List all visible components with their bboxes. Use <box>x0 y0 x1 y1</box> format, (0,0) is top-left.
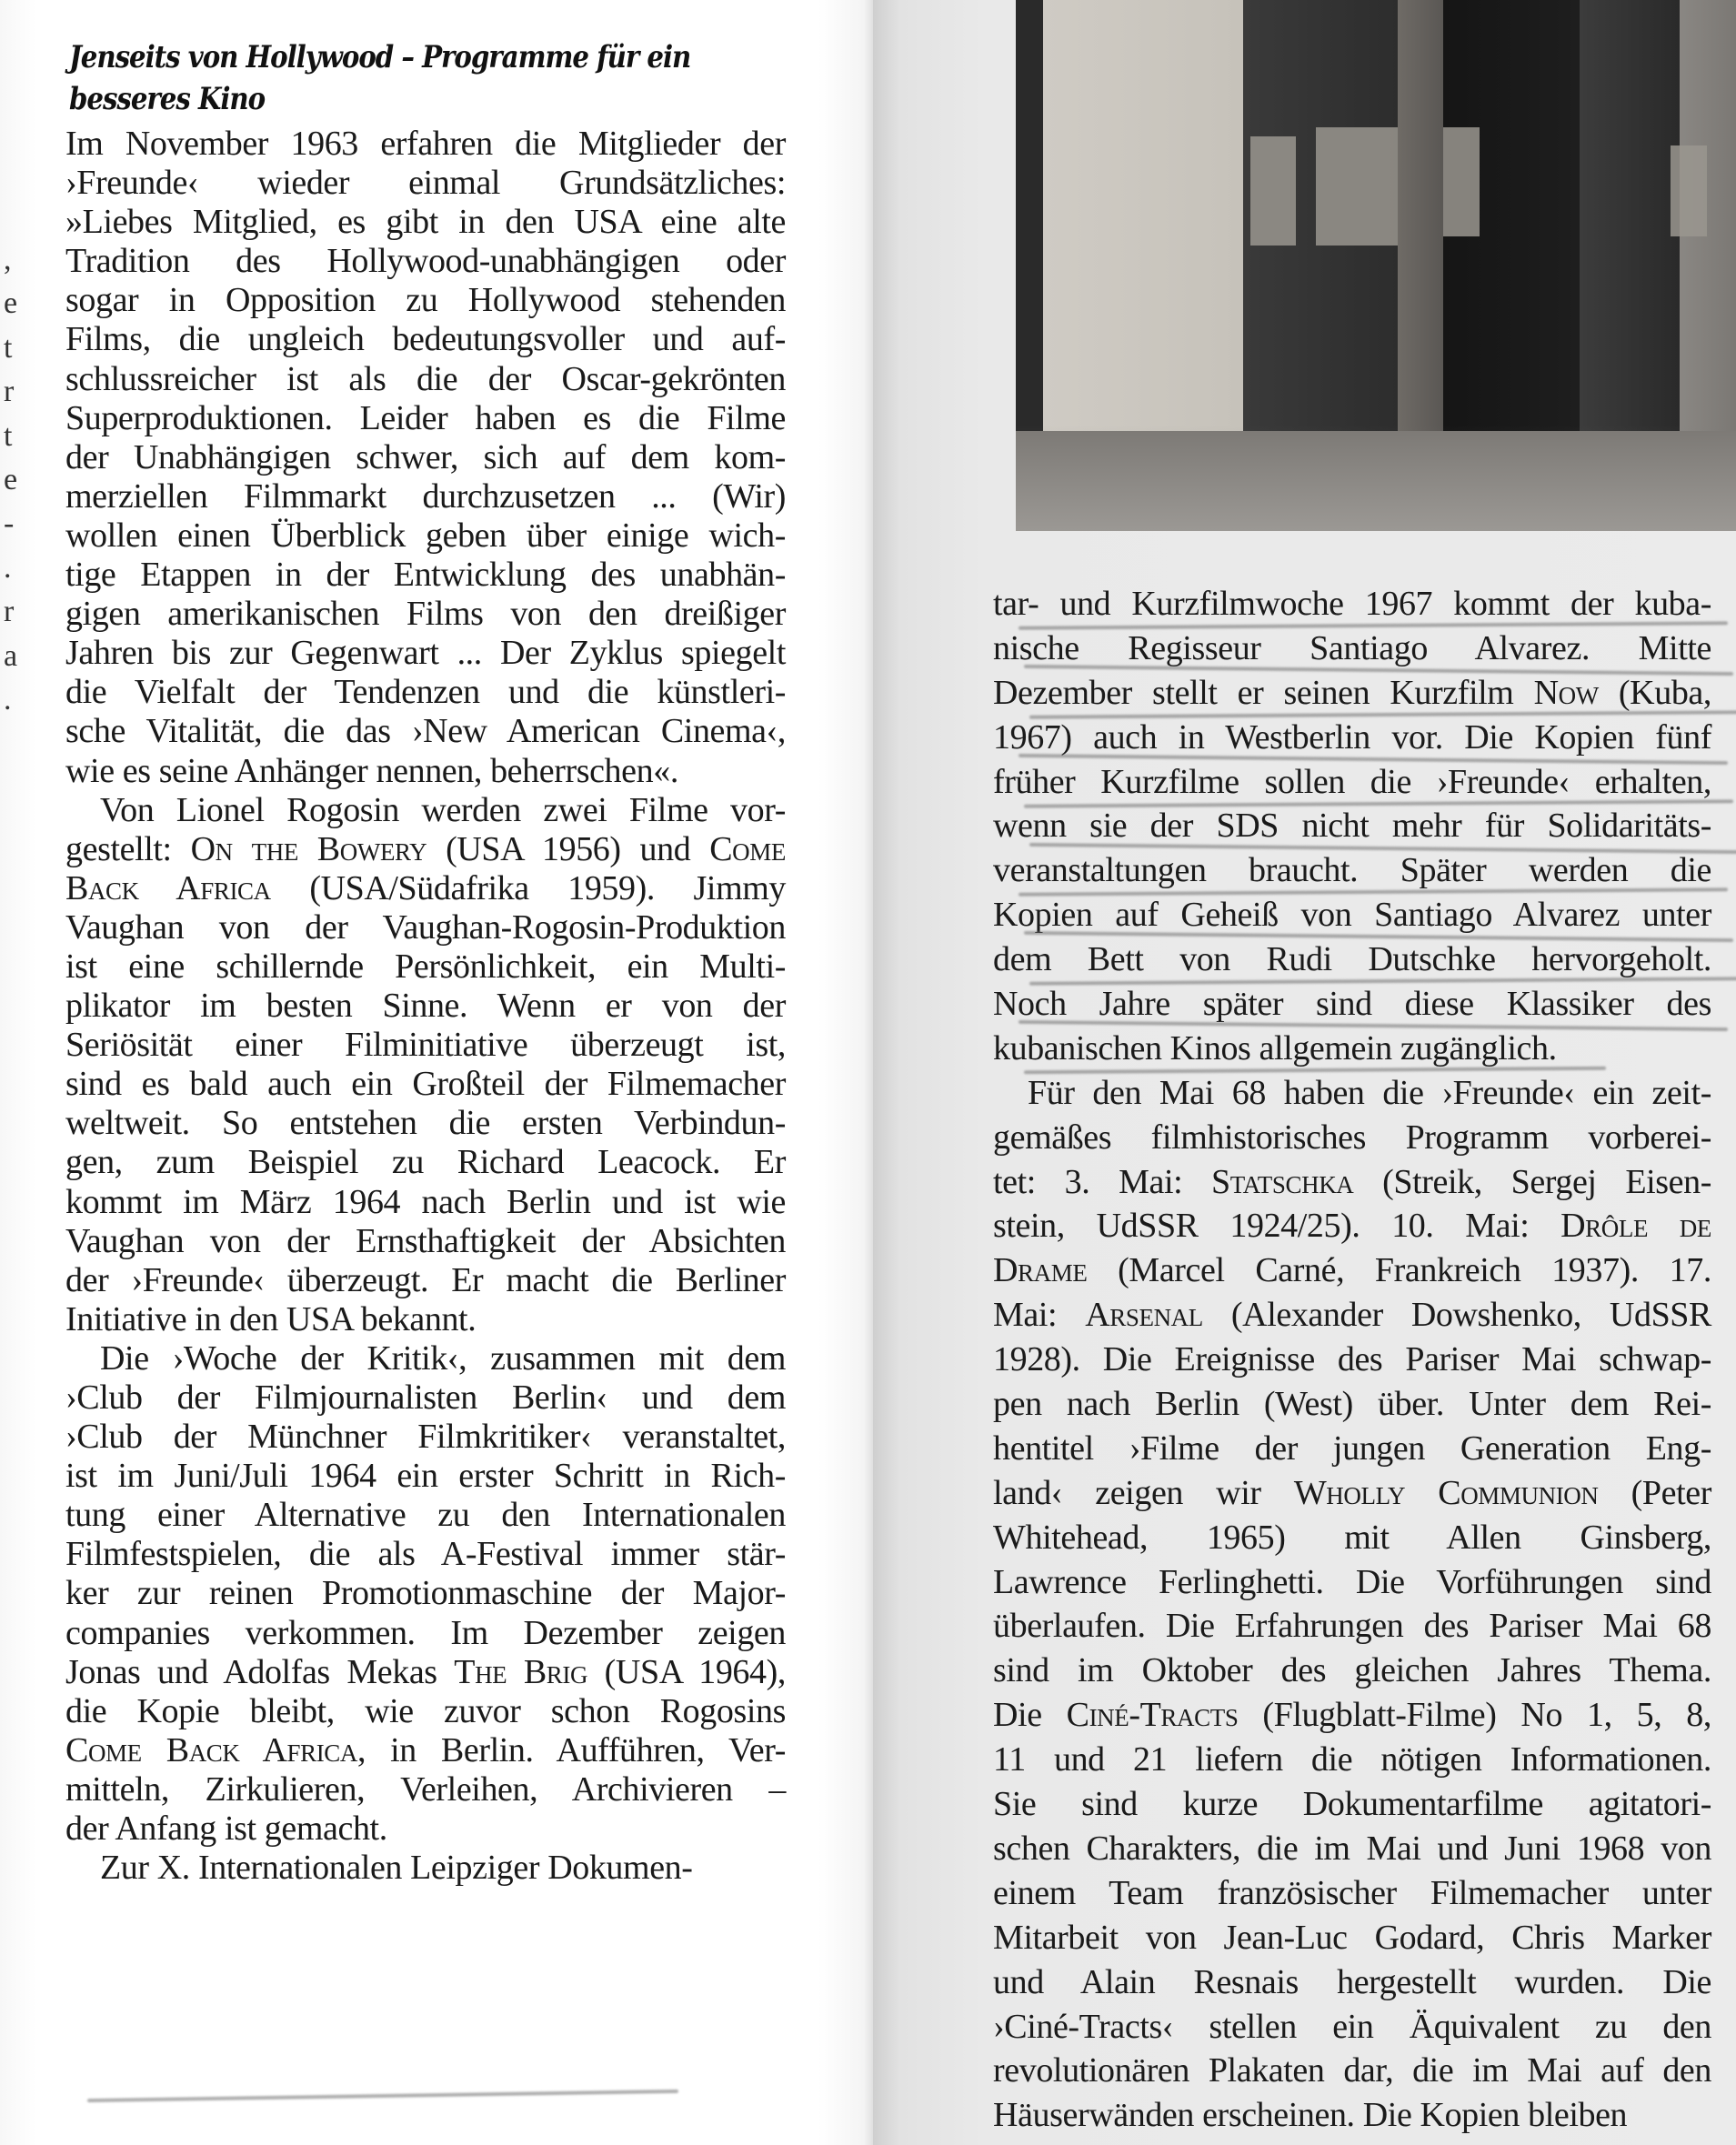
text-line: Whitehead, 1965) mit Allen Ginsberg, <box>993 1516 1711 1560</box>
text-line: ›Ciné-Tracts‹ stellen ein Äquivalent zu … <box>993 2005 1711 2050</box>
text-line: sche Vitalität, die das ›New American Ci… <box>65 709 786 748</box>
paragraph: Von Lionel Rogosin werden zwei Filme vor… <box>65 788 786 1337</box>
left-column: Jenseits von Hollywood – Programme für e… <box>65 36 786 1885</box>
bleed-char: r <box>4 370 17 414</box>
text-line: die Kopie bleibt, wie zuvor schon Rogosi… <box>65 1689 786 1729</box>
right-body-text: tar- und Kurzfilmwoche 1967 kommt der ku… <box>993 582 1711 2138</box>
text-line: Initiative in den USA bekannt. <box>65 1298 786 1337</box>
text-line: gestellt: On the Bowery (USA 1956) und C… <box>65 827 786 867</box>
text-line: kubanischen Kinos allgemein zugänglich. <box>993 1027 1711 1071</box>
group-photograph <box>1016 0 1736 531</box>
text-line: dem Bett von Rudi Dutschke hervorgeholt. <box>993 937 1711 982</box>
text-line: Sie sind kurze Dokumentarfilme agitatori… <box>993 1782 1711 1827</box>
text-line: tige Etappen in der Entwicklung des unab… <box>65 553 786 592</box>
pencil-underline <box>87 2090 678 2102</box>
previous-page-bleed: , e t r t e - . r a . <box>4 238 17 722</box>
poster <box>1443 127 1480 236</box>
section-heading: Jenseits von Hollywood – Programme für e… <box>69 36 788 120</box>
heading-line: besseres Kino <box>69 78 788 120</box>
bleed-char: a <box>4 635 17 678</box>
text-line: land‹ zeigen wir Wholly Communion (Peter <box>993 1471 1711 1516</box>
text-line: weltweit. So entstehen die ersten Verbin… <box>65 1101 786 1140</box>
text-line: Häuserwänden erscheinen. Die Kopien blei… <box>993 2093 1711 2138</box>
text-line: mitteln, Zirkulieren, Verleihen, Archivi… <box>65 1768 786 1807</box>
text-line: Vaughan von der Vaughan-Rogosin-Produkti… <box>65 906 786 945</box>
text-line: ist im Juni/Juli 1964 ein erster Schritt… <box>65 1454 786 1493</box>
text-line: wenn sie der SDS nicht mehr für Solidari… <box>993 804 1711 848</box>
text-line: companies verkommen. Im Dezember zeigen <box>65 1611 786 1650</box>
poster <box>1671 145 1707 236</box>
right-column: tar- und Kurzfilmwoche 1967 kommt der ku… <box>993 582 1711 2138</box>
poster <box>1250 136 1296 246</box>
text-line: Die Ciné-Tracts (Flugblatt-Filme) No 1, … <box>993 1693 1711 1738</box>
text-line: ›Freunde‹ wieder einmal Grundsätzliches: <box>65 161 786 200</box>
text-line: Kopien auf Geheiß von Santiago Alvarez u… <box>993 893 1711 937</box>
text-line: »Liebes Mitglied, es gibt in den USA ein… <box>65 200 786 239</box>
text-line: stein, UdSSR 1924/25). 10. Mai: Drôle de <box>993 1204 1711 1248</box>
text-line: wie es seine Anhänger nennen, beherrsche… <box>65 749 786 788</box>
bleed-char: t <box>4 326 17 370</box>
text-line: sogar in Opposition zu Hollywood stehend… <box>65 278 786 317</box>
text-line: Vaughan von der Ernsthaftigkeit der Absi… <box>65 1219 786 1258</box>
text-line: Zur X. Internationalen Leipziger Dokumen… <box>65 1846 786 1885</box>
text-line: Dezember stellt er seinen Kurzfilm Now (… <box>993 671 1711 716</box>
text-line: tar- und Kurzfilmwoche 1967 kommt der ku… <box>993 582 1711 626</box>
left-page: , e t r t e - . r a . Jenseits von Holly… <box>0 0 873 2145</box>
left-body-text: Im November 1963 erfahren die Mitglieder… <box>65 122 786 1885</box>
text-line: tet: 3. Mai: Statschka (Streik, Sergej E… <box>993 1160 1711 1205</box>
text-line: gen, zum Beispiel zu Richard Leacock. Er <box>65 1140 786 1179</box>
text-line: Superproduktionen. Leider haben es die F… <box>65 396 786 436</box>
text-line: ker zur reinen Promotionmaschine der Maj… <box>65 1571 786 1610</box>
text-line: sind es bald auch ein Großteil der Filme… <box>65 1062 786 1101</box>
bleed-char: . <box>4 678 17 722</box>
text-line: Come Back Africa, in Berlin. Aufführen, … <box>65 1729 786 1768</box>
text-line: ist eine schillernde Persönlichkeit, ein… <box>65 945 786 984</box>
text-line: nische Regisseur Santiago Alvarez. Mitte <box>993 626 1711 671</box>
text-line: Drame (Marcel Carné, Frankreich 1937). 1… <box>993 1248 1711 1293</box>
text-line: schlussreicher ist als die der Oscar-gek… <box>65 357 786 396</box>
text-line: Mitarbeit von Jean-Luc Godard, Chris Mar… <box>993 1916 1711 1960</box>
paragraph: tar- und Kurzfilmwoche 1967 kommt der ku… <box>993 582 1711 1071</box>
text-line: wollen einen Überblick geben über einige… <box>65 514 786 553</box>
text-line: ›Club der Filmjournalisten Berlin‹ und d… <box>65 1376 786 1415</box>
text-line: Seriösität einer Filminitiative überzeug… <box>65 1023 786 1062</box>
text-line: der Unabhängigen schwer, sich auf dem ko… <box>65 436 786 475</box>
text-line: Im November 1963 erfahren die Mitglieder… <box>65 122 786 161</box>
text-line: Jonas und Adolfas Mekas The Brig (USA 19… <box>65 1650 786 1689</box>
text-line: früher Kurzfilme sollen die ›Freunde‹ er… <box>993 760 1711 805</box>
text-line: merziellen Filmmarkt durchzusetzen ... (… <box>65 475 786 514</box>
text-line: Mai: Arsenal (Alexander Dowshenko, UdSSR <box>993 1293 1711 1338</box>
text-line: revolutionären Plakaten dar, die im Mai … <box>993 2049 1711 2093</box>
paragraph: Für den Mai 68 haben die ›Freunde‹ ein z… <box>993 1071 1711 2138</box>
text-line: 1928). Die Ereignisse des Pariser Mai sc… <box>993 1338 1711 1382</box>
text-line: Lawrence Ferlinghetti. Die Vorführungen … <box>993 1560 1711 1605</box>
text-line: sind im Oktober des gleichen Jahres Them… <box>993 1649 1711 1693</box>
text-line: überlaufen. Die Erfahrungen des Pariser … <box>993 1604 1711 1649</box>
text-line: veranstaltungen braucht. Später werden d… <box>993 848 1711 893</box>
bleed-char: e <box>4 282 17 326</box>
text-line: 11 und 21 liefern die nötigen Informatio… <box>993 1738 1711 1782</box>
text-line: kommt im März 1964 nach Berlin und ist w… <box>65 1180 786 1219</box>
paragraph: Zur X. Internationalen Leipziger Dokumen… <box>65 1846 786 1885</box>
text-line: Films, die ungleich bedeutungsvoller und… <box>65 317 786 356</box>
bleed-char: . <box>4 546 17 590</box>
text-line: Back Africa (USA/Südafrika 1959). Jimmy <box>65 867 786 906</box>
text-line: der Anfang ist gemacht. <box>65 1807 786 1846</box>
text-line: plikator im besten Sinne. Wenn er von de… <box>65 984 786 1023</box>
pavement <box>1016 431 1736 531</box>
bleed-char: r <box>4 590 17 634</box>
text-line: schen Charakters, die im Mai und Juni 19… <box>993 1827 1711 1871</box>
text-line: Filmfestspielen, die als A-Festival imme… <box>65 1532 786 1571</box>
text-line: Von Lionel Rogosin werden zwei Filme vor… <box>65 788 786 827</box>
text-line: hentitel ›Filme der jungen Generation En… <box>993 1427 1711 1471</box>
bleed-char: e <box>4 458 17 502</box>
text-line: gemäßes filmhistorisches Programm vorber… <box>993 1116 1711 1160</box>
bleed-char: t <box>4 415 17 458</box>
text-line: ›Club der Münchner Filmkritiker‹ veranst… <box>65 1415 786 1454</box>
bleed-char: , <box>4 238 17 282</box>
text-line: gigen amerikanischen Films von den dreiß… <box>65 592 786 631</box>
bleed-char: - <box>4 502 17 546</box>
text-line: Die ›Woche der Kritik‹, zusammen mit dem <box>65 1337 786 1376</box>
text-line: und Alain Resnais hergestellt wurden. Di… <box>993 1960 1711 2005</box>
text-line: pen nach Berlin (West) über. Unter dem R… <box>993 1382 1711 1427</box>
text-line: der ›Freunde‹ überzeugt. Er macht die Be… <box>65 1258 786 1298</box>
text-line: Jahren bis zur Gegenwart ... Der Zyklus … <box>65 631 786 670</box>
text-line: einem Team französischer Filmemacher unt… <box>993 1871 1711 1916</box>
text-line: Noch Jahre später sind diese Klassiker d… <box>993 982 1711 1027</box>
text-line: tung einer Alternative zu den Internatio… <box>65 1493 786 1532</box>
text-line: die Vielfalt der Tendenzen und die künst… <box>65 670 786 709</box>
text-line: Tradition des Hollywood-unabhängigen ode… <box>65 239 786 278</box>
poster <box>1316 127 1398 246</box>
text-line: Für den Mai 68 haben die ›Freunde‹ ein z… <box>993 1071 1711 1116</box>
paragraph: Im November 1963 erfahren die Mitglieder… <box>65 122 786 788</box>
paragraph: Die ›Woche der Kritik‹, zusammen mit dem… <box>65 1337 786 1846</box>
heading-line: Jenseits von Hollywood – Programme für e… <box>69 36 788 78</box>
text-line: 1967) auch in Westberlin vor. Die Kopien… <box>993 716 1711 760</box>
